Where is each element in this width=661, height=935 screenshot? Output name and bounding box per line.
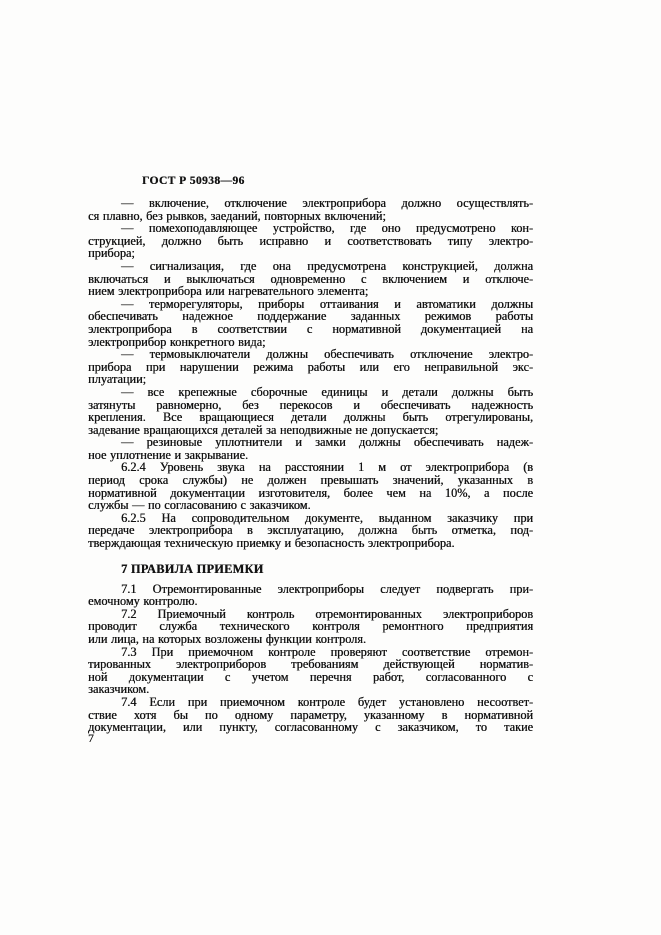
page-number: 7 <box>88 733 94 746</box>
section-heading: 7 ПРАВИЛА ПРИЕМКИ <box>88 563 533 576</box>
paragraph: — термовыключатели должны обеспечивать о… <box>88 348 533 386</box>
text-line: — сигнализация, где она предусмотрена ко… <box>88 260 533 273</box>
text-line: — включение, отключение электроприбора д… <box>88 197 533 210</box>
paragraph: — помехоподавляющее устройство, где оно … <box>88 222 533 260</box>
paragraph: 6.2.4 Уровень звука на расстоянии 1 м от… <box>88 461 533 511</box>
paragraph: 7.4 Если при приемочном контроле будет у… <box>88 696 533 734</box>
text-line: — резиновые уплотнители и замки должны о… <box>88 436 533 449</box>
text-line: — термовыключатели должны обеспечивать о… <box>88 348 533 361</box>
text-line: 7.4 Если при приемочном контроле будет у… <box>88 696 533 709</box>
text-line: струкцией, должно быть исправно и соотве… <box>88 235 533 248</box>
text-line: службы — по согласованию с заказчиком. <box>88 499 533 512</box>
text-line: — все крепежные сборочные единицы и дета… <box>88 386 533 399</box>
paragraph: — все крепежные сборочные единицы и дета… <box>88 386 533 436</box>
text-line: тированных электроприборов требованиям д… <box>88 658 533 671</box>
text-line: период срока службы) не должен превышать… <box>88 474 533 487</box>
paragraph: — терморегуляторы, приборы оттаивания и … <box>88 298 533 348</box>
text-line: ной документации с учетом перечня работ,… <box>88 671 533 684</box>
document-body: — включение, отключение электроприбора д… <box>88 197 533 734</box>
paragraph: — включение, отключение электроприбора д… <box>88 197 533 222</box>
text-line: или лица, на которых возложены функции к… <box>88 633 533 646</box>
text-line: прибора при нарушении режима работы или … <box>88 361 533 374</box>
paragraph: 7.1 Отремонтированные электроприборы сле… <box>88 583 533 608</box>
document-page: ГОСТ Р 50938—96 — включение, отключение … <box>0 0 661 935</box>
paragraph: 7.2 Приемочный контроль отремонтированны… <box>88 608 533 646</box>
paragraph: — сигнализация, где она предусмотрена ко… <box>88 260 533 298</box>
paragraph: — резиновые уплотнители и замки должны о… <box>88 436 533 461</box>
text-line: электроприбора в соответствии с норматив… <box>88 323 533 336</box>
text-line: емочному контролю. <box>88 595 533 608</box>
text-line: — помехоподавляющее устройство, где оно … <box>88 222 533 235</box>
text-line: тверждающая техническую приемку и безопа… <box>88 537 533 550</box>
paragraph: 7.3 При приемочном контроле проверяют со… <box>88 646 533 696</box>
paragraph: 6.2.5 На сопроводительном документе, выд… <box>88 512 533 550</box>
running-header: ГОСТ Р 50938—96 <box>142 175 245 187</box>
text-line: крепления. Все вращающиеся детали должны… <box>88 411 533 424</box>
text-line: нием электроприбора или нагревательного … <box>88 285 533 298</box>
text-line: документации, или пункту, согласованному… <box>88 721 533 734</box>
